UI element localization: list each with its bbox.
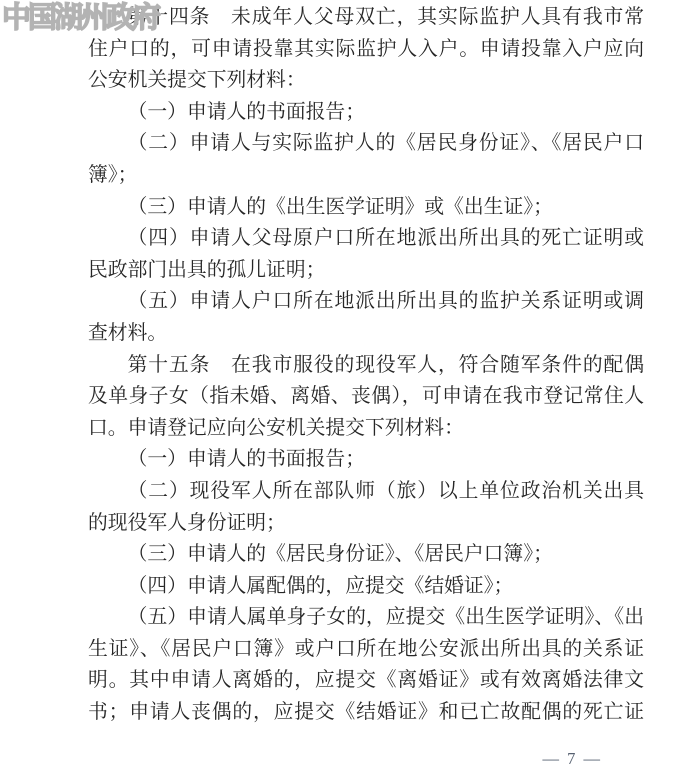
document-line: 查材料。 <box>88 318 644 350</box>
document-line: 明。其中申请人离婚的，应提交《离婚证》或有效离婚法律文 <box>88 665 644 697</box>
document-line: （二）现役军人所在部队师（旅）以上单位政治机关出具 <box>88 476 644 508</box>
page-number: — 7 — <box>543 749 603 769</box>
document-line: 公安机关提交下列材料： <box>88 65 644 97</box>
document-line: （三）申请人的《出生医学证明》或《出生证》； <box>88 192 644 224</box>
document-line: （三）申请人的《居民身份证》、《居民户口簿》； <box>88 539 644 571</box>
document-line: 及单身子女（指未婚、离婚、丧偶），可申请在我市登记常住人 <box>88 381 644 413</box>
document-line: （五）申请人属单身子女的，应提交《出生医学证明》、《出 <box>88 602 644 634</box>
document-line: 第十四条 未成年人父母双亡，其实际监护人具有我市常 <box>88 2 644 34</box>
document-body: 第十四条 未成年人父母双亡，其实际监护人具有我市常住户口的，可申请投靠其实际监护… <box>88 2 644 729</box>
document-line: 簿》； <box>88 160 644 192</box>
document-line: 民政部门出具的孤儿证明； <box>88 255 644 287</box>
document-line: 生证》、《居民户口簿》或户口所在地公安派出所出具的关系证 <box>88 634 644 666</box>
document-line: （四）申请人父母原户口所在地派出所出具的死亡证明或 <box>88 223 644 255</box>
document-line: （一）申请人的书面报告； <box>88 444 644 476</box>
document-line: 第十五条 在我市服役的现役军人，符合随军条件的配偶 <box>88 350 644 382</box>
document-line: 口。申请登记应向公安机关提交下列材料： <box>88 413 644 445</box>
document-line: （二）申请人与实际监护人的《居民身份证》、《居民户口 <box>88 128 644 160</box>
document-page: 第十四条 未成年人父母双亡，其实际监护人具有我市常住户口的，可申请投靠其实际监护… <box>0 0 694 778</box>
document-line: 住户口的，可申请投靠其实际监护人入户。申请投靠入户应向 <box>88 34 644 66</box>
document-line: 书；申请人丧偶的，应提交《结婚证》和已亡故配偶的死亡证 <box>88 697 644 729</box>
document-line: （四）申请人属配偶的，应提交《结婚证》； <box>88 571 644 603</box>
document-line: （五）申请人户口所在地派出所出具的监护关系证明或调 <box>88 286 644 318</box>
document-line: （一）申请人的书面报告； <box>88 97 644 129</box>
document-line: 的现役军人身份证明； <box>88 508 644 540</box>
